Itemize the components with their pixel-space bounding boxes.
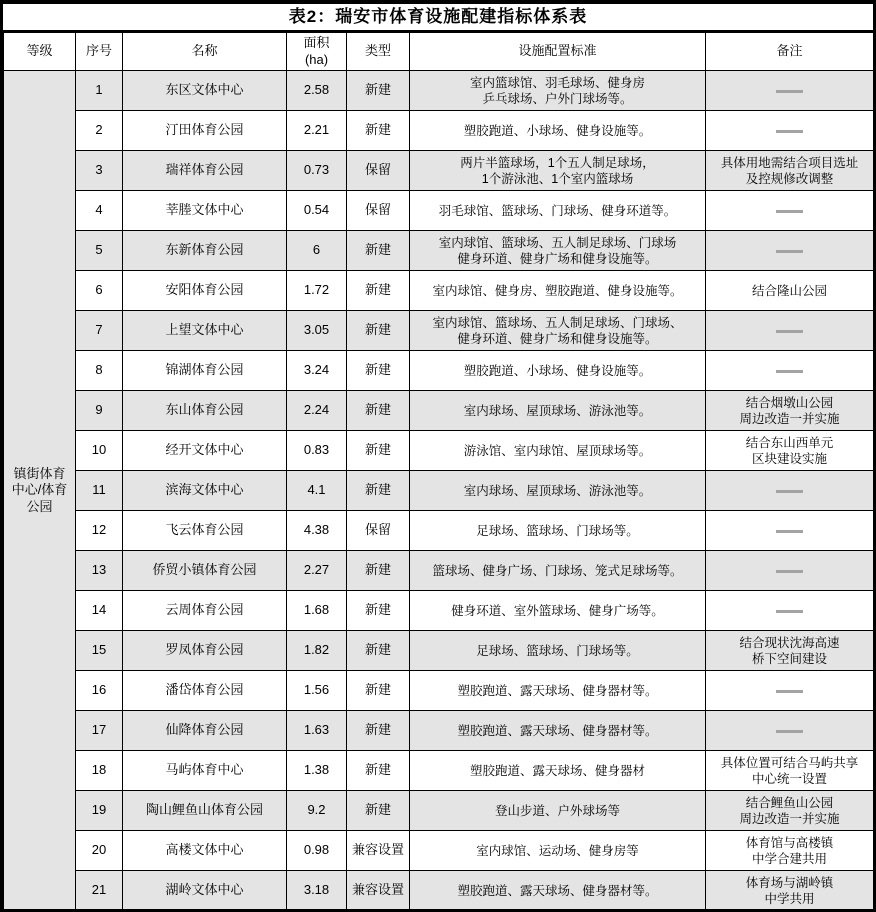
dash-placeholder <box>776 330 803 333</box>
cell-type: 兼容设置 <box>347 871 410 911</box>
cell-no: 2 <box>76 111 123 151</box>
cell-remark <box>706 311 874 351</box>
dash-placeholder <box>776 530 803 533</box>
cell-facilities: 室内篮球馆、羽毛球场、健身房 乒乓球场、户外门球场等。 <box>410 71 706 111</box>
header-type: 类型 <box>347 33 410 71</box>
cell-area: 3.24 <box>287 351 347 391</box>
cell-remark <box>706 551 874 591</box>
cell-area: 1.56 <box>287 671 347 711</box>
cell-name: 湖岭文体中心 <box>123 871 287 911</box>
table-row: 3瑞祥体育公园0.73保留两片半篮球场，1个五人制足球场， 1个游泳池、1个室内… <box>4 151 874 191</box>
table-row: 19陶山鲤鱼山体育公园9.2新建登山步道、户外球场等结合鲤鱼山公园 周边改造一并… <box>4 791 874 831</box>
cell-area: 1.63 <box>287 711 347 751</box>
cell-remark <box>706 111 874 151</box>
cell-no: 7 <box>76 311 123 351</box>
cell-name: 高楼文体中心 <box>123 831 287 871</box>
cell-remark: 体育馆与高楼镇 中学合建共用 <box>706 831 874 871</box>
table-row: 5东新体育公园6新建室内球馆、篮球场、五人制足球场、门球场 健身环道、健身广场和… <box>4 231 874 271</box>
table-title: 表2：瑞安市体育设施配建指标体系表 <box>3 4 873 32</box>
table-row: 8锦湖体育公园3.24新建塑胶跑道、小球场、健身设施等。 <box>4 351 874 391</box>
dash-placeholder <box>776 370 803 373</box>
cell-area: 1.68 <box>287 591 347 631</box>
cell-name: 云周体育公园 <box>123 591 287 631</box>
cell-area: 1.72 <box>287 271 347 311</box>
cell-name: 仙降体育公园 <box>123 711 287 751</box>
dash-placeholder <box>776 690 803 693</box>
header-area: 面积 (ha) <box>287 33 347 71</box>
cell-facilities: 篮球场、健身广场、门球场、笼式足球场等。 <box>410 551 706 591</box>
cell-area: 0.98 <box>287 831 347 871</box>
cell-name: 安阳体育公园 <box>123 271 287 311</box>
dash-placeholder <box>776 570 803 573</box>
cell-remark <box>706 511 874 551</box>
cell-facilities: 室内球场、屋顶球场、游泳池等。 <box>410 391 706 431</box>
cell-type: 新建 <box>347 711 410 751</box>
cell-type: 新建 <box>347 591 410 631</box>
cell-name: 经开文体中心 <box>123 431 287 471</box>
header-row: 等级 序号 名称 面积 (ha) 类型 设施配置标准 备注 <box>4 33 874 71</box>
table-row: 15罗凤体育公园1.82新建足球场、篮球场、门球场等。结合现状沈海高速 桥下空间… <box>4 631 874 671</box>
table-row: 6安阳体育公园1.72新建室内球馆、健身房、塑胶跑道、健身设施等。结合隆山公园 <box>4 271 874 311</box>
cell-no: 10 <box>76 431 123 471</box>
cell-type: 新建 <box>347 751 410 791</box>
table-row: 12飞云体育公园4.38保留足球场、篮球场、门球场等。 <box>4 511 874 551</box>
cell-no: 8 <box>76 351 123 391</box>
dash-placeholder <box>776 610 803 613</box>
cell-name: 锦湖体育公园 <box>123 351 287 391</box>
cell-type: 新建 <box>347 351 410 391</box>
table-row: 16潘岱体育公园1.56新建塑胶跑道、露天球场、健身器材等。 <box>4 671 874 711</box>
cell-no: 19 <box>76 791 123 831</box>
table-body: 镇街体育 中心/体育 公园1东区文体中心2.58新建室内篮球馆、羽毛球场、健身房… <box>4 71 874 911</box>
cell-name: 东山体育公园 <box>123 391 287 431</box>
table-row: 21湖岭文体中心3.18兼容设置塑胶跑道、露天球场、健身器材等。体育场与湖岭镇 … <box>4 871 874 911</box>
cell-area: 6 <box>287 231 347 271</box>
cell-facilities: 塑胶跑道、露天球场、健身器材 <box>410 751 706 791</box>
cell-area: 1.82 <box>287 631 347 671</box>
cell-type: 新建 <box>347 71 410 111</box>
cell-type: 新建 <box>347 671 410 711</box>
cell-remark: 具体用地需结合项目选址 及控规修改调整 <box>706 151 874 191</box>
cell-name: 东区文体中心 <box>123 71 287 111</box>
cell-name: 汀田体育公园 <box>123 111 287 151</box>
cell-no: 21 <box>76 871 123 911</box>
cell-facilities: 塑胶跑道、小球场、健身设施等。 <box>410 351 706 391</box>
cell-facilities: 塑胶跑道、露天球场、健身器材等。 <box>410 871 706 911</box>
cell-no: 13 <box>76 551 123 591</box>
cell-type: 新建 <box>347 271 410 311</box>
cell-area: 3.18 <box>287 871 347 911</box>
table-row: 20高楼文体中心0.98兼容设置室内球馆、运动场、健身房等体育馆与高楼镇 中学合… <box>4 831 874 871</box>
cell-type: 新建 <box>347 471 410 511</box>
cell-name: 罗凤体育公园 <box>123 631 287 671</box>
cell-area: 2.24 <box>287 391 347 431</box>
cell-facilities: 室内球馆、健身房、塑胶跑道、健身设施等。 <box>410 271 706 311</box>
cell-remark: 结合东山西单元 区块建设实施 <box>706 431 874 471</box>
cell-name: 潘岱体育公园 <box>123 671 287 711</box>
cell-area: 0.83 <box>287 431 347 471</box>
cell-area: 2.21 <box>287 111 347 151</box>
sports-facility-table: 等级 序号 名称 面积 (ha) 类型 设施配置标准 备注 镇街体育 中心/体育… <box>3 32 874 911</box>
cell-no: 6 <box>76 271 123 311</box>
table-row: 9东山体育公园2.24新建室内球场、屋顶球场、游泳池等。结合烟墩山公园 周边改造… <box>4 391 874 431</box>
cell-no: 15 <box>76 631 123 671</box>
cell-facilities: 室内球馆、篮球场、五人制足球场、门球场、 健身环道、健身广场和健身设施等。 <box>410 311 706 351</box>
cell-no: 18 <box>76 751 123 791</box>
cell-type: 新建 <box>347 551 410 591</box>
cell-facilities: 游泳馆、室内球馆、屋顶球场等。 <box>410 431 706 471</box>
cell-no: 17 <box>76 711 123 751</box>
cell-name: 马屿体育中心 <box>123 751 287 791</box>
cell-no: 1 <box>76 71 123 111</box>
cell-remark: 结合烟墩山公园 周边改造一并实施 <box>706 391 874 431</box>
cell-area: 2.27 <box>287 551 347 591</box>
header-name: 名称 <box>123 33 287 71</box>
table-row: 7上望文体中心3.05新建室内球馆、篮球场、五人制足球场、门球场、 健身环道、健… <box>4 311 874 351</box>
cell-no: 11 <box>76 471 123 511</box>
table-row: 11滨海文体中心4.1新建室内球场、屋顶球场、游泳池等。 <box>4 471 874 511</box>
cell-remark <box>706 351 874 391</box>
table-row: 4莘塍文体中心0.54保留羽毛球馆、篮球场、门球场、健身环道等。 <box>4 191 874 231</box>
cell-area: 1.38 <box>287 751 347 791</box>
cell-no: 14 <box>76 591 123 631</box>
cell-facilities: 足球场、篮球场、门球场等。 <box>410 511 706 551</box>
cell-type: 保留 <box>347 191 410 231</box>
cell-facilities: 室内球场、屋顶球场、游泳池等。 <box>410 471 706 511</box>
table-frame: 表2：瑞安市体育设施配建指标体系表 等级 序号 名称 面积 (ha) 类型 设施… <box>0 0 876 912</box>
cell-remark <box>706 711 874 751</box>
header-level: 等级 <box>4 33 76 71</box>
cell-area: 4.1 <box>287 471 347 511</box>
cell-remark: 结合现状沈海高速 桥下空间建设 <box>706 631 874 671</box>
cell-type: 新建 <box>347 791 410 831</box>
dash-placeholder <box>776 490 803 493</box>
table-row: 2汀田体育公园2.21新建塑胶跑道、小球场、健身设施等。 <box>4 111 874 151</box>
cell-facilities: 室内球馆、运动场、健身房等 <box>410 831 706 871</box>
cell-remark: 结合隆山公园 <box>706 271 874 311</box>
cell-area: 0.73 <box>287 151 347 191</box>
table-header: 等级 序号 名称 面积 (ha) 类型 设施配置标准 备注 <box>4 33 874 71</box>
cell-no: 12 <box>76 511 123 551</box>
cell-remark: 具体位置可结合马屿共享 中心统一设置 <box>706 751 874 791</box>
header-no: 序号 <box>76 33 123 71</box>
table-row: 17仙降体育公园1.63新建塑胶跑道、露天球场、健身器材等。 <box>4 711 874 751</box>
cell-name: 上望文体中心 <box>123 311 287 351</box>
cell-area: 9.2 <box>287 791 347 831</box>
header-facilities: 设施配置标准 <box>410 33 706 71</box>
cell-area: 0.54 <box>287 191 347 231</box>
cell-facilities: 两片半篮球场，1个五人制足球场， 1个游泳池、1个室内篮球场 <box>410 151 706 191</box>
table-row: 18马屿体育中心1.38新建塑胶跑道、露天球场、健身器材具体位置可结合马屿共享 … <box>4 751 874 791</box>
dash-placeholder <box>776 250 803 253</box>
cell-remark: 体育场与湖岭镇 中学共用 <box>706 871 874 911</box>
cell-no: 4 <box>76 191 123 231</box>
table-row: 镇街体育 中心/体育 公园1东区文体中心2.58新建室内篮球馆、羽毛球场、健身房… <box>4 71 874 111</box>
cell-facilities: 塑胶跑道、露天球场、健身器材等。 <box>410 671 706 711</box>
cell-type: 新建 <box>347 231 410 271</box>
cell-no: 5 <box>76 231 123 271</box>
cell-remark <box>706 71 874 111</box>
cell-remark <box>706 191 874 231</box>
cell-type: 新建 <box>347 431 410 471</box>
cell-area: 4.38 <box>287 511 347 551</box>
cell-type: 保留 <box>347 151 410 191</box>
cell-name: 飞云体育公园 <box>123 511 287 551</box>
cell-type: 新建 <box>347 631 410 671</box>
cell-type: 新建 <box>347 311 410 351</box>
cell-remark <box>706 231 874 271</box>
cell-remark: 结合鲤鱼山公园 周边改造一并实施 <box>706 791 874 831</box>
dash-placeholder <box>776 90 803 93</box>
dash-placeholder <box>776 130 803 133</box>
cell-no: 3 <box>76 151 123 191</box>
cell-name: 东新体育公园 <box>123 231 287 271</box>
header-remark: 备注 <box>706 33 874 71</box>
cell-remark <box>706 671 874 711</box>
cell-name: 滨海文体中心 <box>123 471 287 511</box>
cell-facilities: 室内球馆、篮球场、五人制足球场、门球场 健身环道、健身广场和健身设施等。 <box>410 231 706 271</box>
cell-type: 保留 <box>347 511 410 551</box>
cell-area: 3.05 <box>287 311 347 351</box>
cell-no: 16 <box>76 671 123 711</box>
cell-facilities: 足球场、篮球场、门球场等。 <box>410 631 706 671</box>
cell-facilities: 塑胶跑道、小球场、健身设施等。 <box>410 111 706 151</box>
table-row: 10经开文体中心0.83新建游泳馆、室内球馆、屋顶球场等。结合东山西单元 区块建… <box>4 431 874 471</box>
table-row: 14云周体育公园1.68新建健身环道、室外篮球场、健身广场等。 <box>4 591 874 631</box>
cell-no: 20 <box>76 831 123 871</box>
cell-name: 陶山鲤鱼山体育公园 <box>123 791 287 831</box>
dash-placeholder <box>776 730 803 733</box>
cell-name: 瑞祥体育公园 <box>123 151 287 191</box>
cell-type: 新建 <box>347 111 410 151</box>
dash-placeholder <box>776 210 803 213</box>
table-row: 13侨贸小镇体育公园2.27新建篮球场、健身广场、门球场、笼式足球场等。 <box>4 551 874 591</box>
cell-no: 9 <box>76 391 123 431</box>
cell-remark <box>706 471 874 511</box>
cell-name: 莘塍文体中心 <box>123 191 287 231</box>
cell-name: 侨贸小镇体育公园 <box>123 551 287 591</box>
level-group-cell: 镇街体育 中心/体育 公园 <box>4 71 76 911</box>
cell-type: 新建 <box>347 391 410 431</box>
cell-facilities: 登山步道、户外球场等 <box>410 791 706 831</box>
cell-facilities: 塑胶跑道、露天球场、健身器材等。 <box>410 711 706 751</box>
cell-facilities: 羽毛球馆、篮球场、门球场、健身环道等。 <box>410 191 706 231</box>
cell-type: 兼容设置 <box>347 831 410 871</box>
cell-area: 2.58 <box>287 71 347 111</box>
cell-remark <box>706 591 874 631</box>
cell-facilities: 健身环道、室外篮球场、健身广场等。 <box>410 591 706 631</box>
